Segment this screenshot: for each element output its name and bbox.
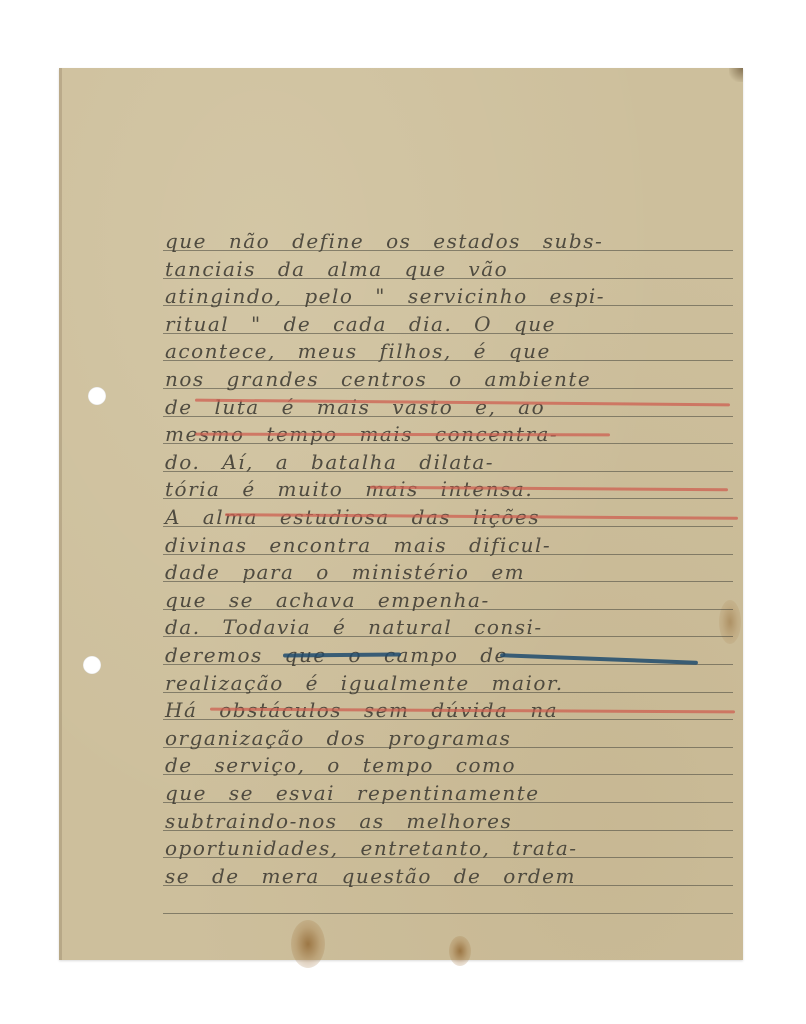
corner-stain <box>729 68 743 82</box>
handwritten-line: nos grandes centros o ambiente <box>165 365 735 393</box>
handwritten-line: de serviço, o tempo como <box>165 751 735 779</box>
handwritten-line: que se esvai repentinamente <box>165 779 735 807</box>
handwritten-line: se de mera questão de ordem <box>165 862 735 890</box>
handwritten-line: de luta é mais vasto e, ao <box>165 393 735 421</box>
handwritten-line: que se achava empenha- <box>165 586 735 614</box>
handwritten-line: da. Todavia é natural consi- <box>165 613 735 641</box>
manuscript-page: que não define os estados subs- tanciais… <box>59 68 743 960</box>
stain-bottom-left <box>291 920 325 968</box>
stain-bottom-center <box>449 936 471 966</box>
handwritten-line: do. Aí, a batalha dilata- <box>165 448 735 476</box>
paper-edge <box>59 68 62 960</box>
handwritten-line: atingindo, pelo " servicinho espi- <box>165 282 735 310</box>
punch-hole-top <box>88 387 106 405</box>
handwritten-line: tanciais da alma que vão <box>165 255 735 283</box>
handwritten-line: ritual " de cada dia. O que <box>165 310 735 338</box>
handwritten-line: realização é igualmente maior. <box>165 669 735 697</box>
handwritten-line: oportunidades, entretanto, trata- <box>165 834 735 862</box>
handwritten-line: organização dos programas <box>165 724 735 752</box>
handwritten-line: que não define os estados subs- <box>165 227 735 255</box>
ruled-line <box>163 913 733 914</box>
handwritten-line: dade para o ministério em <box>165 558 735 586</box>
handwritten-line: deremos que o campo de <box>165 641 735 669</box>
handwritten-line: divinas encontra mais dificul- <box>165 531 735 559</box>
punch-hole-bottom <box>83 656 101 674</box>
handwritten-line: acontece, meus filhos, é que <box>165 337 735 365</box>
handwritten-line: subtraindo-nos as melhores <box>165 807 735 835</box>
